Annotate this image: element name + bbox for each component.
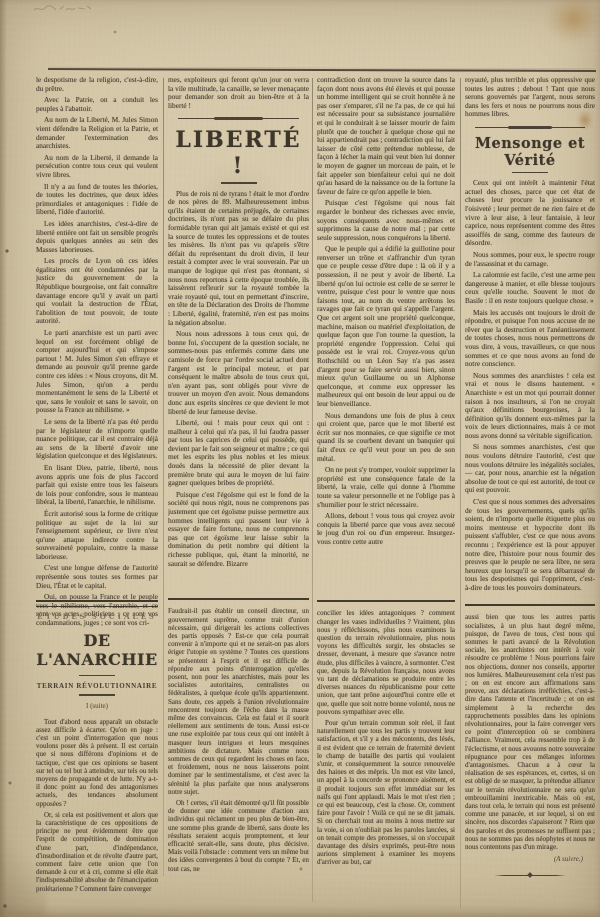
- page-edge-left: [0, 0, 7, 917]
- paragraph: royauté, plus terrible et plus oppressiv…: [465, 76, 595, 119]
- paragraph: le despotisme de la religion, c'est-à-di…: [36, 76, 158, 93]
- column-1: le despotisme de la religion, c'est-à-di…: [36, 76, 158, 912]
- paragraph: On ne peut s'y tromper, vouloir supprime…: [317, 466, 455, 509]
- article-title-liberte: LIBERTÉ !: [168, 127, 309, 179]
- paper-sheet: le despotisme de la religion, c'est-à-di…: [0, 0, 600, 917]
- paragraph: Avec la Patrie, on a conduit les peuples…: [36, 96, 158, 113]
- paragraph: Écrit autorisé sous la forme de critique…: [36, 510, 158, 562]
- paragraph: Le sens de la liberté n'a pas été perdu …: [36, 418, 158, 461]
- ink-specks: [0, 0, 2, 2]
- paragraph: Les idées anarchistes, c'est-à-dire de l…: [36, 220, 158, 254]
- paragraph: Ceux qui ont intérêt à maintenir l'état …: [465, 179, 595, 248]
- section-kicker: ÉTUDES SOCIALES: [36, 612, 158, 621]
- paragraph: Puisque c'est l'égoïsme qui nous fait re…: [317, 199, 455, 242]
- column-3: contradiction dont on trouve la source d…: [317, 76, 455, 912]
- paragraph: Nous sommes des anarchistes ! cela est v…: [465, 372, 595, 441]
- paragraph: Oh ! certes, s'il était démontré qu'il f…: [168, 799, 309, 873]
- pencil-inscription: [32, 2, 94, 21]
- paragraph: La calomnie est facile, c'est une arme p…: [465, 271, 595, 305]
- paragraph: Si nous sommes anarchistes, c'est que no…: [465, 443, 595, 495]
- column-4: royauté, plus terrible et plus oppressiv…: [465, 76, 595, 912]
- paragraph: Tout d'abord nous apparaît un obstacle a…: [36, 718, 158, 808]
- anarchie-continuation: Faudrait-il pas établir un conseil direc…: [168, 598, 309, 876]
- paragraph: Au nom de la Liberté, M. Jules Simon vie…: [36, 116, 158, 150]
- paragraph: Or, si cela est positivement et alors qu…: [36, 811, 158, 893]
- anarchie-continuation: concilier les idées antagoniques ? comme…: [317, 600, 455, 870]
- paragraph: C'est une longue défense de l'autorité r…: [36, 564, 158, 590]
- section-rule: [168, 598, 309, 600]
- stain-top-right: [545, 0, 600, 44]
- section-rule: [465, 604, 595, 606]
- paragraph: Plus de rois ni de tyrans ! était le mot…: [168, 190, 309, 328]
- paragraph: mes, exploiteurs qui feront qu'un jour o…: [168, 76, 309, 110]
- to-be-continued-note: (A suivre.): [465, 855, 595, 863]
- column-2: mes, exploiteurs qui feront qu'un jour o…: [168, 76, 309, 912]
- paragraph: Faudrait-il pas établir un conseil direc…: [168, 607, 309, 796]
- paragraph: Puisque c'est l'égoïsme qui est le fond …: [168, 491, 309, 568]
- paragraph: Le parti anarchiste est un parti avec le…: [36, 329, 158, 415]
- paragraph: concilier les idées antagoniques ? comme…: [317, 609, 455, 716]
- column-separator: [312, 78, 313, 902]
- column-separator: [460, 78, 461, 908]
- paragraph: Nous sommes, pour eux, le spectre rouge …: [465, 251, 595, 268]
- section-etudes-sociales: ÉTUDES SOCIALES DE L'ANARCHIE TERRAIN RÉ…: [36, 600, 158, 896]
- paragraph: En lisant Dieu, patrie, liberté, nous av…: [36, 464, 158, 507]
- paragraph: aussi bien que tous les autres partis so…: [465, 613, 595, 851]
- article-divider: [475, 126, 585, 129]
- section-rule: [36, 600, 158, 607]
- column-separator: [163, 78, 164, 876]
- paragraph: Les procès de Lyon où ces idées égalitai…: [36, 257, 158, 326]
- paragraph: Allons, debout ! vous tous qui croyez av…: [317, 512, 455, 546]
- paragraph: C'est que si nous sommes des adversaires…: [465, 498, 595, 593]
- paragraph: contradiction dont on trouve la source d…: [317, 76, 455, 196]
- section-rule: [317, 600, 455, 602]
- article-title-anarchie: DE L'ANARCHIE: [36, 631, 158, 669]
- paragraph: Nous demandons une fois de plus à ceux q…: [317, 412, 455, 464]
- part-label: I (suite): [36, 702, 158, 710]
- short-rule: [79, 675, 115, 676]
- short-rule: [79, 694, 115, 695]
- paragraph: Liberté, oui ! mais pour ceux qui ont : …: [168, 419, 309, 488]
- short-rule: [512, 172, 548, 173]
- short-rule: [221, 182, 257, 183]
- paragraph: Que le peuple qui a édifié la guillotine…: [317, 245, 455, 408]
- end-ornament-rule: [494, 872, 566, 878]
- anarchie-continuation: aussi bien que tous les autres partis so…: [465, 604, 595, 878]
- paragraph: Pour qu'un terrain commun soit réel, il …: [317, 719, 455, 867]
- newspaper-page: { "palette": { "paper": "#d5c8a9", "ink"…: [0, 0, 600, 917]
- paragraph: Il n'y a au fond de toutes les théories,…: [36, 183, 158, 217]
- article-divider: [178, 117, 299, 120]
- article-title-mensonge: Mensonge et Vérité: [465, 135, 595, 169]
- paragraph: Mais les accusés ont toujours le droit d…: [465, 309, 595, 369]
- article-subtitle: TERRAIN RÉVOLUTIONNAIRE: [36, 682, 158, 690]
- paragraph: Nous nous adressons à tous ceux qui, de …: [168, 330, 309, 416]
- paragraph: Au nom de la Liberté, il demande la pers…: [36, 154, 158, 180]
